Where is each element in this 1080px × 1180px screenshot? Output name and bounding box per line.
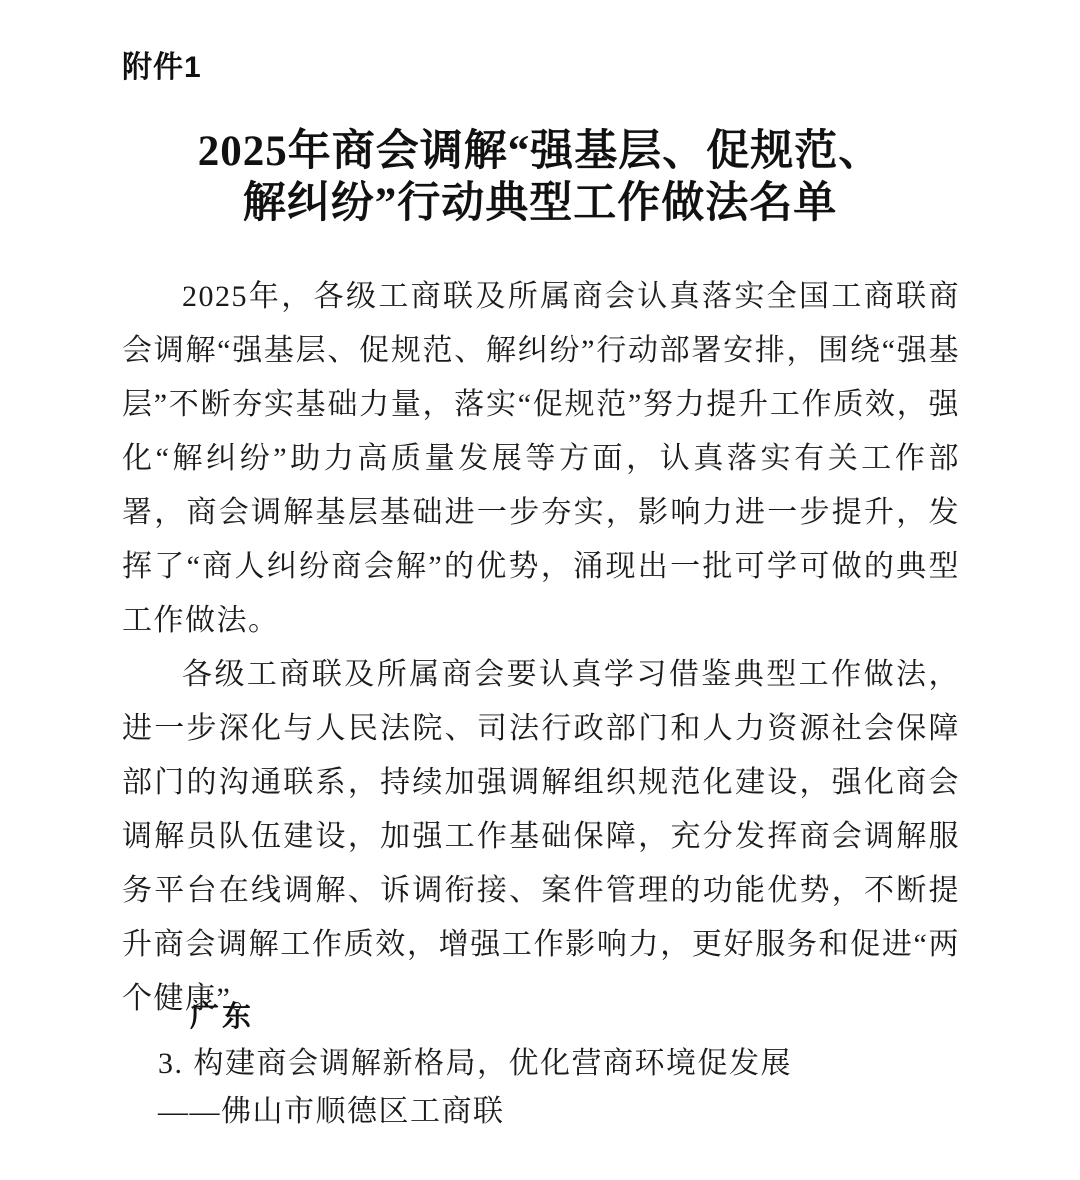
document-page: 附件1 2025年商会调解“强基层、促规范、 解纠纷”行动典型工作做法名单 20… (0, 0, 1080, 1180)
document-title: 2025年商会调解“强基层、促规范、 解纠纷”行动典型工作做法名单 (0, 126, 1080, 230)
document-body: 2025年，各级工商联及所属商会认真落实全国工商联商会调解“强基层、促规范、解纠… (122, 270, 960, 1026)
document-title-line-2: 解纠纷”行动典型工作做法名单 (0, 178, 1080, 230)
entry-source: ——佛山市顺德区工商联 (158, 1086, 505, 1130)
region-heading: 广东 (190, 994, 254, 1035)
attachment-label: 附件1 (122, 42, 202, 86)
entry-number: 3. (158, 1047, 184, 1080)
body-paragraph-2: 各级工商联及所属商会要认真学习借鉴典型工作做法，进一步深化与人民法院、司法行政部… (122, 648, 960, 1026)
body-paragraph-1: 2025年，各级工商联及所属商会认真落实全国工商联商会调解“强基层、促规范、解纠… (122, 270, 960, 648)
entry-title: 构建商会调解新格局，优化营商环境促发展 (194, 1047, 793, 1080)
list-entry: 3.构建商会调解新格局，优化营商环境促发展 (158, 1038, 792, 1082)
document-title-line-1: 2025年商会调解“强基层、促规范、 (0, 126, 1080, 178)
